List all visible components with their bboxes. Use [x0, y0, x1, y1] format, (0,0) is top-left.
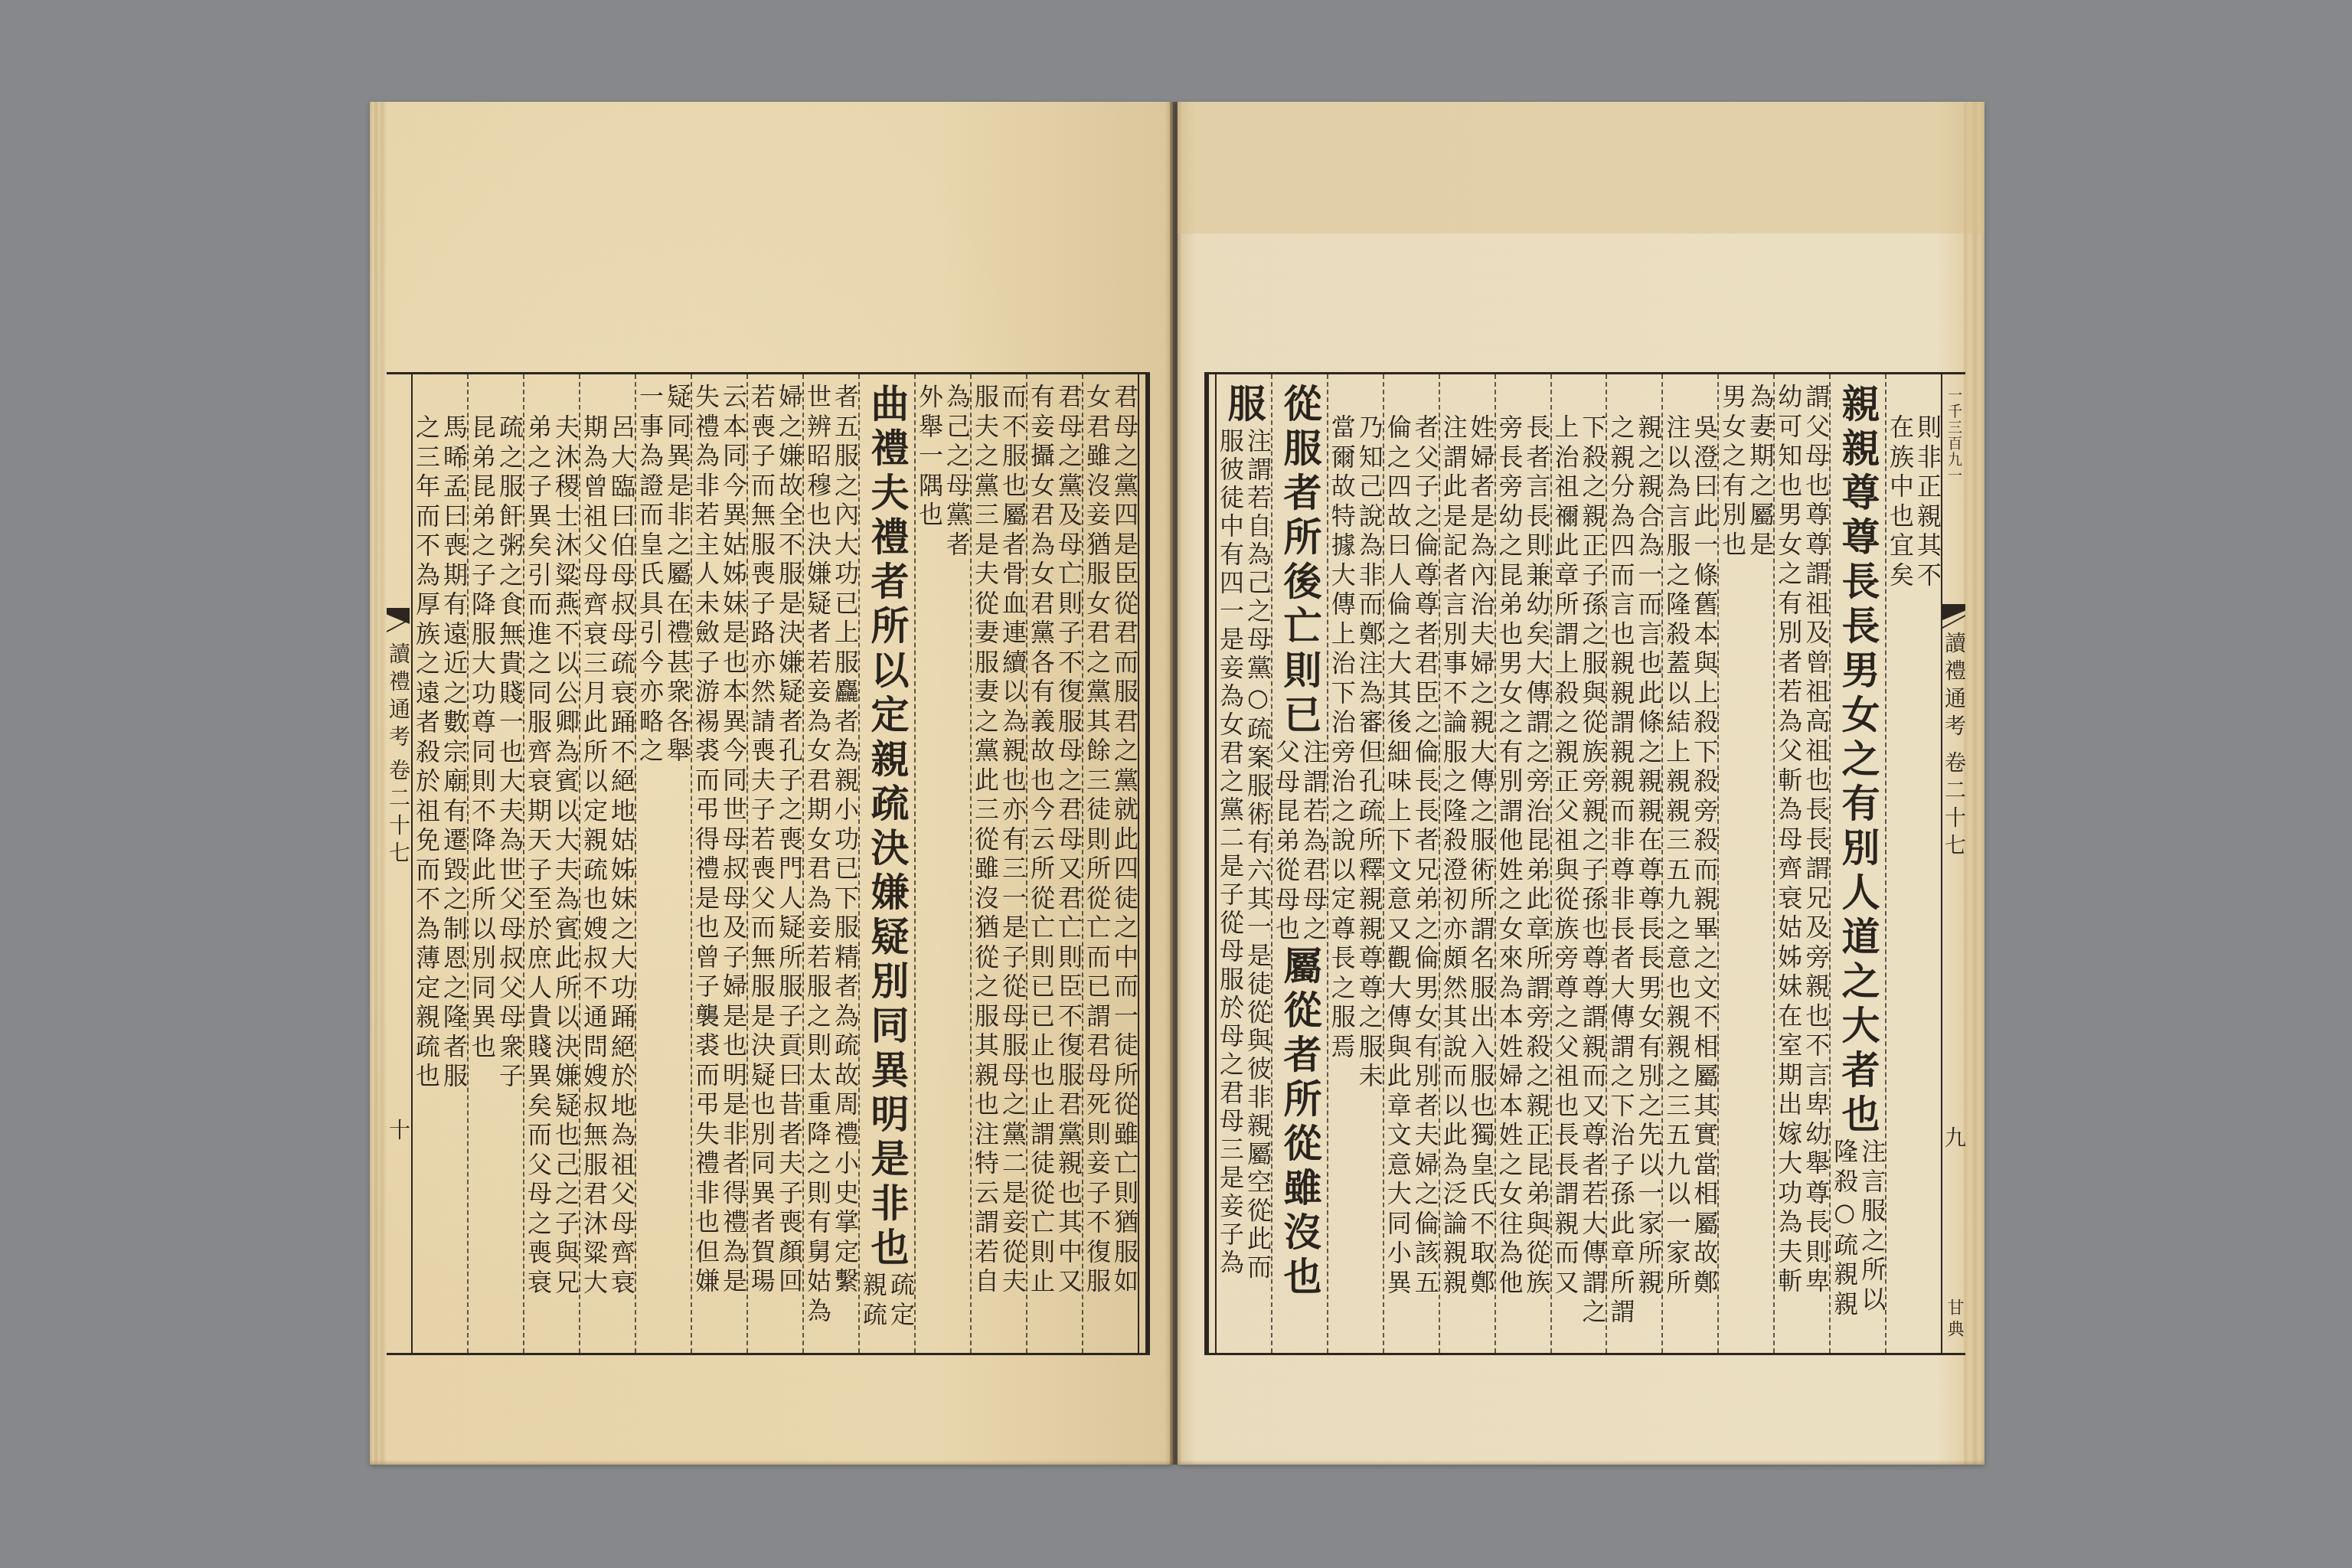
annotation-line-right: 注言服之所以 [1858, 1138, 1885, 1320]
inline-note: 注謂若為君母之 父母昆弟從母也 [1272, 739, 1327, 946]
annotation-line-left: 世辨昭穆也決嫌疑者若妾為女君期女君為妾若服之則太重降之則有舅姑為 [804, 384, 831, 1353]
annotation-line-right: 者五服之內大功已上服麤者為親小功已下服精者為疏故周禮小史掌定繫 [831, 384, 858, 1353]
right-page: 則非正親其不 在族中也宜矣 親親尊尊長長男女之有別人道之大者也 注言服之所以 隆… [1178, 102, 1984, 1465]
page-edge [370, 1460, 1173, 1465]
text-column: 者五服之內大功已上服麤者為親小功已下服精者為疏故周禮小史掌定繫 世辨昭穆也決嫌疑… [802, 374, 858, 1353]
annotation-line-right: 吳澄曰此一條舊本與上殺下殺旁殺而親畢之文不相屬其實當相屬故鄭 [1690, 414, 1717, 1353]
text-column: 為己之母黨者 外舉一隅也 [914, 374, 970, 1353]
annotation-line-right: 謂父母也尊尊謂祖及曾祖高祖也長長謂兄及旁親也不言卑幼舉尊長則卑 [1802, 384, 1829, 1353]
annotation-line-right: 疏定 [887, 1272, 914, 1331]
commentary-column: 乃知己說為非而鄭注為審但孔疏所釋親親尊尊之服未 當爾故特據大傳上治下治旁治之說以… [1327, 374, 1383, 1353]
commentary-column: 長者言長則兼幼矣大傳謂之旁治昆弟此章所謂旁殺之親正昆弟與從族 旁長旁幼之昆弟也男… [1494, 374, 1550, 1353]
left-page-text-area: 君母之黨四是臣從君而服君之黨就此四徒之中而一徒所從雖亡則猶服如 女君雖沒妾猶服女… [411, 374, 1139, 1353]
commentary-column: 親之親合為一而言也此條之親親在尊尊長長男女有別之先以一家所親 之親分為四而言也親… [1606, 374, 1661, 1353]
annotation-line-left: 注謂此是記者言別事不論服之隆殺澄初亦頗然其說而以此為泛論親親 [1440, 414, 1467, 1353]
annotation-line-left: 服夫之黨三是夫從妻服妻之黨此三從雖沒猶從之服其親也注特云謂若自 [972, 384, 998, 1353]
text-column: 謂父母也尊尊謂祖及曾祖高祖也長長謂兄及旁親也不言卑幼舉尊長則卑 幼可知也男女之有… [1773, 374, 1829, 1353]
annotation-line-right: 注謂若為君母之 [1300, 739, 1327, 946]
annotation-line-left: 倫之四故曰人倫之大其後細味上下文意又觀大傳與此章文意大同小異 [1384, 414, 1411, 1353]
annotation-line-right: 夫沐稷士沐粱燕不以公卿為賓以大夫為賓此所以決嫌疑也己之子與兄 [552, 414, 579, 1353]
annotation-line-left: 服彼徒中有四一是妾為女君之黨二是子從母服於母之君母三是妾子為 [1217, 428, 1243, 1282]
right-page-text-area: 則非正親其不 在族中也宜矣 親親尊尊長長男女之有別人道之大者也 注言服之所以 隆… [1215, 374, 1942, 1353]
text-column: 疑同異是非之屬在禮甚衆各舉 一事為證而皇氏具引今亦略之 [635, 374, 691, 1353]
annotation-line-right: 乃知己說為非而鄭注為審但孔疏所釋親親尊尊之服未 [1356, 414, 1383, 1353]
annotation-line-right: 姓婦者是為內治夫婦之親大傳之服術所謂名服出入服也獨皇氏不取鄭 [1468, 414, 1494, 1353]
annotation-line-left: 親疏 [860, 1272, 887, 1331]
annotation-line-left: 失禮為非若主人未斂子游裼裘而弔得禮是也曾子襲裘而弔失禮非也但嫌 [692, 384, 719, 1353]
right-banxin: 一千三百九一 讀禮通考 卷二十七 九 甘典 [1942, 374, 1965, 1353]
page-edge [1178, 1460, 1984, 1465]
annotation-line-left: 之親分為四而言也親親謂親親而非尊非長者大傳謂之下治子孫此章所謂 [1607, 414, 1634, 1353]
annotation-line-right: 而不服也屬者骨血連續以為親也亦有三一是子從母服母之黨二是妾從夫 [999, 384, 1026, 1353]
annotation-line-right: 下殺之親正子孫之服與從族旁親之子孫也尊尊謂親而又尊者若大傳謂之 [1579, 414, 1606, 1353]
banxin-volume: 卷二十七 [387, 759, 410, 869]
annotation-line-left: 一事為證而皇氏具引今亦略之 [636, 384, 663, 1353]
annotation-line-left: 弟之子異矣引而進之同服齊衰期天子至於庶人貴賤異矣而父母之喪衰 [524, 414, 551, 1353]
banxin-title: 讀禮通考 [387, 642, 410, 753]
annotation-line-left: 上治祖禰此章所謂上殺之親正父祖與從族旁尊之父祖也長長謂親而又 [1552, 414, 1579, 1353]
annotation-line-left: 男女之有別也 [1719, 384, 1746, 1353]
annotation-line-right: 注謂若自為己之母黨○疏案服術有六其一是徒從與彼非親屬空從此而 [1244, 428, 1271, 1282]
annotation-line-right: 馬晞孟曰喪期有遠近之數宗廟有遷毀之制恩之隆者服 [440, 414, 467, 1353]
commentary-column: 呂大臨曰伯母叔母疏衰踊不絕地姑姊妹之大功踊絕於地為祖父母齊衰 期為曾祖父母齊衰三… [579, 374, 635, 1353]
classic-text: 親親尊尊長長男女之有別人道之大者也 [1836, 384, 1880, 1138]
annotation-line-left: 外舉一隅也 [916, 384, 942, 1353]
classic-text: 曲禮夫禮者所以定親疏決嫌疑別同異明是非也 [865, 384, 910, 1272]
commentary-column: 則非正親其不 在族中也宜矣 [1885, 374, 1941, 1353]
commentary-column: 夫沐稷士沐粱燕不以公卿為賓以大夫為賓此所以決嫌疑也己之子與兄 弟之子異矣引而進之… [523, 374, 579, 1353]
annotation-line-right: 則非正親其不 [1914, 414, 1941, 1353]
inline-note: 注言服之所以 隆殺○疏親親 [1831, 1138, 1885, 1320]
annotation-line-right: 親之親合為一而言也此條之親親在尊尊長長男女有別之先以一家所親 [1635, 414, 1661, 1353]
banxin-bottom-mark: 甘典 [1942, 1298, 1965, 1341]
annotation-line-left: 在族中也宜矣 [1886, 414, 1913, 1353]
inline-note: 注謂若自為己之母黨○疏案服術有六其一是徒從與彼非親屬空從此而 服彼徒中有四一是妾… [1217, 428, 1271, 1282]
commentary-column: 下殺之親正子孫之服與從族旁親之子孫也尊尊謂親而又尊者若大傳謂之 上治祖禰此章所謂… [1550, 374, 1606, 1353]
annotation-line-right: 疑同異是非之屬在禮甚衆各舉 [664, 384, 691, 1353]
frame-gap [1209, 374, 1215, 1353]
classic-text: 屬從者所從雖沒也 [1277, 946, 1321, 1301]
annotation-line-left: 隆殺○疏親親 [1831, 1138, 1857, 1320]
text-column: 云本同今異姑姊妹是也本異今同世母叔母及子婦是也明是非者得禮為是 失禮為非若主人未… [691, 374, 746, 1353]
banxin-count: 一千三百九一 [1942, 387, 1965, 484]
commentary-column: 者父子之倫尊尊者君臣之倫長長者兄弟之倫男女有別者夫婦之倫該五 倫之四故曰人倫之大… [1383, 374, 1439, 1353]
annotation-line-right: 君母之黨四是臣從君而服君之黨就此四徒之中而一徒所從雖亡則猶服如 [1111, 384, 1138, 1353]
commentary-column: 疏之服飦粥之食無貴賤一也大夫為世父母叔父母衆子 昆弟昆弟之子降服大功尊同則不降此… [467, 374, 523, 1353]
main-text-column: 服 注謂若自為己之母黨○疏案服術有六其一是徒從與彼非親屬空從此而 服彼徒中有四一… [1217, 374, 1271, 1353]
annotation-line-left: 當爾故特據大傳上治下治旁治之說以定尊長之服焉 [1328, 414, 1355, 1353]
text-column: 君母之黨四是臣從君而服君之黨就此四徒之中而一徒所從雖亡則猶服如 女君雖沒妾猶服女… [1082, 374, 1138, 1353]
annotation-line-right: 君母之黨及母亡則子不復服母之君母又君亡則臣不復服君黨親也其中又 [1055, 384, 1082, 1353]
annotation-line-right: 者父子之倫尊尊者君臣之倫長長者兄弟之倫男女有別者夫婦之倫該五 [1412, 414, 1439, 1353]
commentary-column: 吳澄曰此一條舊本與上殺下殺旁殺而親畢之文不相屬其實當相屬故鄭 注以為言服之隆殺蓋… [1661, 374, 1717, 1353]
annotation-line-left: 女君雖沒妾猶服女君之黨其餘三徒則所從亡而已謂君母死則妾子不復服 [1083, 384, 1110, 1353]
banxin-title: 讀禮通考 [1942, 632, 1965, 742]
annotation-line-left: 昆弟昆弟之子降服大功尊同則不降此所以別同異也 [469, 414, 495, 1353]
main-text-column: 從服者所後亡則已 注謂若為君母之 父母昆弟從母也 屬從者所從雖沒也 [1271, 374, 1327, 1353]
annotation-line-left: 父母昆弟從母也 [1272, 739, 1299, 946]
annotation-line-left: 期為曾祖父母齊衰三月此所以定親疏也嫂叔不通問嫂叔無服君沐粱大 [580, 414, 607, 1353]
annotation-line-left: 若喪子而無服喪子路亦然請喪夫子若喪父而無服是決疑也別同異者賀瑒 [748, 384, 775, 1353]
text-column: 君母之黨及母亡則子不復服母之君母又君亡則臣不復服君黨親也其中又 有妾攝女君為女君… [1026, 374, 1082, 1353]
inline-note: 疏定 親疏 [860, 1272, 914, 1331]
annotation-line-right: 為己之母黨者 [943, 384, 970, 1353]
book-spread: 讀禮通考 卷二十七 十 君母之黨四是臣從君而服君之黨就此四徒之中而一徒所從雖亡則… [0, 0, 2352, 1568]
left-text-frame: 讀禮通考 卷二十七 十 君母之黨四是臣從君而服君之黨就此四徒之中而一徒所從雖亡則… [387, 372, 1150, 1355]
text-column: 而不服也屬者骨血連續以為親也亦有三一是子從母服母之黨二是妾從夫 服夫之黨三是夫從… [970, 374, 1026, 1353]
left-banxin: 讀禮通考 卷二十七 十 [387, 374, 411, 1353]
classic-text: 服 [1221, 384, 1266, 428]
main-text-column: 曲禮夫禮者所以定親疏決嫌疑別同異明是非也 疏定 親疏 [858, 374, 914, 1353]
frame-border-thick [1145, 374, 1150, 1353]
classic-text: 從服者所後亡則已 [1277, 384, 1321, 739]
text-column: 為妻期之屬是 男女之有別也 [1717, 374, 1773, 1353]
annotation-line-right: 為妻期之屬是 [1746, 384, 1773, 1353]
fishtail-mark-icon [1942, 604, 1965, 627]
annotation-line-right: 云本同今異姑姊妹是也本異今同世母叔母及子婦是也明是非者得禮為是 [720, 384, 746, 1353]
banxin-leaf-number: 十 [387, 1119, 410, 1140]
banxin-leaf-number: 九 [1942, 1126, 1965, 1148]
main-text-column: 親親尊尊長長男女之有別人道之大者也 注言服之所以 隆殺○疏親親 [1829, 374, 1885, 1353]
annotation-line-left: 注以為言服之隆殺蓋以結上親親三五九之意也親親之三五九以一家所 [1663, 414, 1690, 1353]
annotation-line-right: 疏之服飦粥之食無貴賤一也大夫為世父母叔父母衆子 [496, 414, 523, 1353]
annotation-line-left: 幼可知也男女之有別者若為父斬為母齊衰姑姊妹在室期出嫁大功為夫斬 [1775, 384, 1802, 1353]
annotation-line-right: 婦之嫌故全不服是決嫌疑者孔子之喪門人疑所服子貢曰昔者夫子喪顏回 [776, 384, 802, 1353]
annotation-line-left: 旁長旁幼之昆弟也男女之有別謂他姓之女來為本姓婦本姓之女往為他 [1496, 414, 1523, 1353]
banxin-volume: 卷二十七 [1942, 751, 1965, 861]
commentary-column: 姓婦者是為內治夫婦之親大傳之服術所謂名服出入服也獨皇氏不取鄭 注謂此是記者言別事… [1439, 374, 1494, 1353]
commentary-column: 馬晞孟曰喪期有遠近之數宗廟有遷毀之制恩之隆者服 之三年而不為厚族之遠者殺於祖免而… [413, 374, 467, 1353]
annotation-line-right: 長者言長則兼幼矣大傳謂之旁治昆弟此章所謂旁殺之親正昆弟與從族 [1524, 414, 1550, 1353]
text-column: 婦之嫌故全不服是決嫌疑者孔子之喪門人疑所服子貢曰昔者夫子喪顏回 若喪子而無服喪子… [746, 374, 802, 1353]
frame-gap [1139, 374, 1145, 1353]
right-text-frame: 則非正親其不 在族中也宜矣 親親尊尊長長男女之有別人道之大者也 注言服之所以 隆… [1204, 372, 1965, 1355]
annotation-line-left: 之三年而不為厚族之遠者殺於祖免而不為薄定親疏也 [413, 414, 439, 1353]
annotation-line-right: 呂大臨曰伯母叔母疏衰踊不絕地姑姊妹之大功踊絕於地為祖父母齊衰 [608, 414, 635, 1353]
fishtail-mark-icon [387, 608, 410, 631]
annotation-line-left: 有妾攝女君為女君黨各有義故也今云所從亡則已已止也止謂徒從亡則止 [1027, 384, 1054, 1353]
left-page: 讀禮通考 卷二十七 十 君母之黨四是臣從君而服君之黨就此四徒之中而一徒所從雖亡則… [370, 102, 1173, 1465]
